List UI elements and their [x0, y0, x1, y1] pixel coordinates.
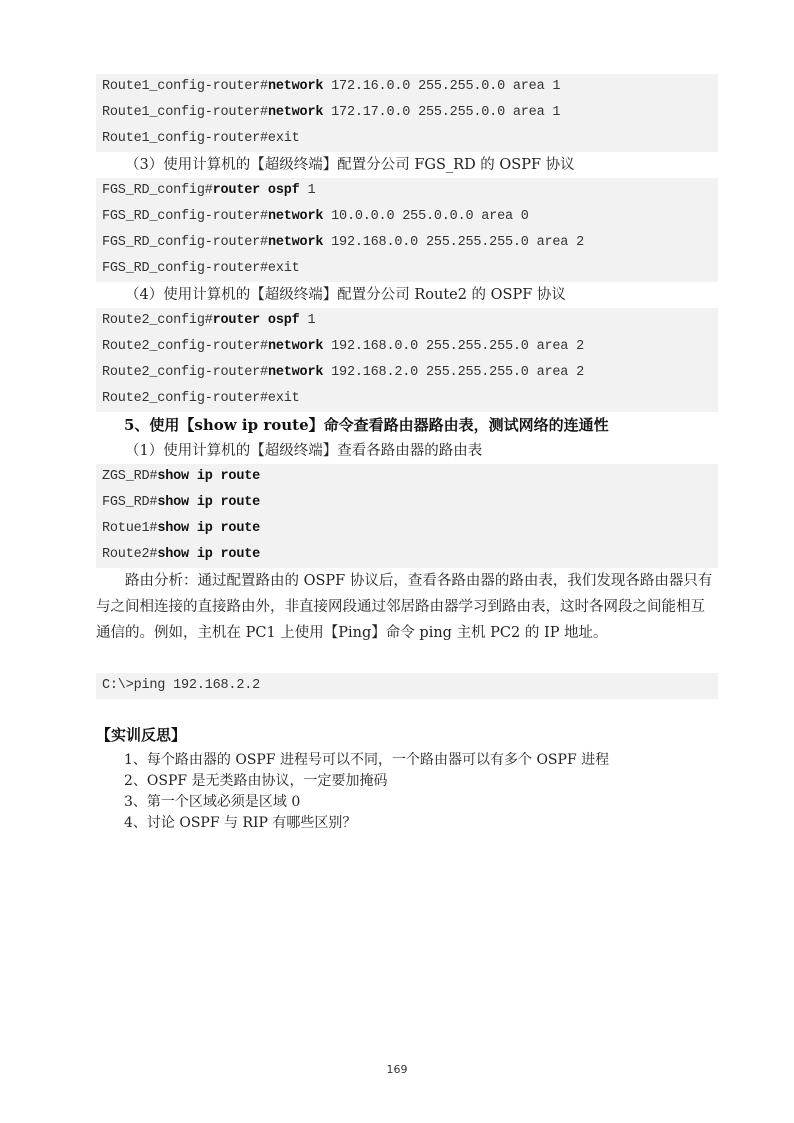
step-5-1-text: （1）使用计算机的【超级终端】查看各路由器的路由表 — [96, 438, 718, 464]
code-line: ZGS_RD#show ip route — [96, 464, 718, 490]
routing-analysis-paragraph: 路由分析：通过配置路由的 OSPF 协议后，查看各路由器的路由表，我们发现各路由… — [96, 568, 718, 646]
code-line: Route2_config#router ospf 1 — [96, 308, 718, 334]
code-line: Route1_config-router#network 172.16.0.0 … — [96, 74, 718, 100]
code-line: Route2#show ip route — [96, 542, 718, 568]
code-line: Route2_config-router#network 192.168.2.0… — [96, 360, 718, 386]
code-line: Route2_config-router#exit — [96, 386, 718, 412]
code-block-show-ip-route: ZGS_RD#show ip route FGS_RD#show ip rout… — [96, 464, 718, 568]
code-line: Rotue1#show ip route — [96, 516, 718, 542]
code-block-route1: Route1_config-router#network 172.16.0.0 … — [96, 74, 718, 152]
page-number: 169 — [0, 1063, 794, 1076]
reflection-list: 1、每个路由器的 OSPF 进程号可以不同，一个路由器可以有多个 OSPF 进程… — [124, 750, 609, 834]
code-line: FGS_RD_config-router#network 192.168.0.0… — [96, 230, 718, 256]
code-line: Route1_config-router#exit — [96, 126, 718, 152]
step-3-text: （3）使用计算机的【超级终端】配置分公司 FGS_RD 的 OSPF 协议 — [96, 152, 718, 178]
step-4-text: （4）使用计算机的【超级终端】配置分公司 Route2 的 OSPF 协议 — [96, 282, 718, 308]
code-line: Route2_config-router#network 192.168.0.0… — [96, 334, 718, 360]
step-5-heading: 5、使用【show ip route】命令查看路由器路由表，测试网络的连通性 — [124, 412, 609, 438]
reflection-item: 2、OSPF 是无类路由协议，一定要加掩码 — [124, 771, 609, 792]
code-block-route2: Route2_config#router ospf 1 Route2_confi… — [96, 308, 718, 412]
code-line: C:\>ping 192.168.2.2 — [96, 673, 718, 699]
reflection-title: 【实训反思】 — [96, 722, 186, 748]
code-line: FGS_RD_config-router#exit — [96, 256, 718, 282]
reflection-item: 4、讨论 OSPF 与 RIP 有哪些区别？ — [124, 813, 609, 834]
reflection-item: 1、每个路由器的 OSPF 进程号可以不同，一个路由器可以有多个 OSPF 进程 — [124, 750, 609, 771]
code-block-ping: C:\>ping 192.168.2.2 — [96, 673, 718, 699]
document-page: Route1_config-router#network 172.16.0.0 … — [0, 0, 794, 1123]
code-line: FGS_RD_config-router#network 10.0.0.0 25… — [96, 204, 718, 230]
code-line: FGS_RD#show ip route — [96, 490, 718, 516]
reflection-item: 3、第一个区域必须是区域 0 — [124, 792, 609, 813]
code-block-fgs-rd: FGS_RD_config#router ospf 1 FGS_RD_confi… — [96, 178, 718, 282]
code-line: FGS_RD_config#router ospf 1 — [96, 178, 718, 204]
code-line: Route1_config-router#network 172.17.0.0 … — [96, 100, 718, 126]
